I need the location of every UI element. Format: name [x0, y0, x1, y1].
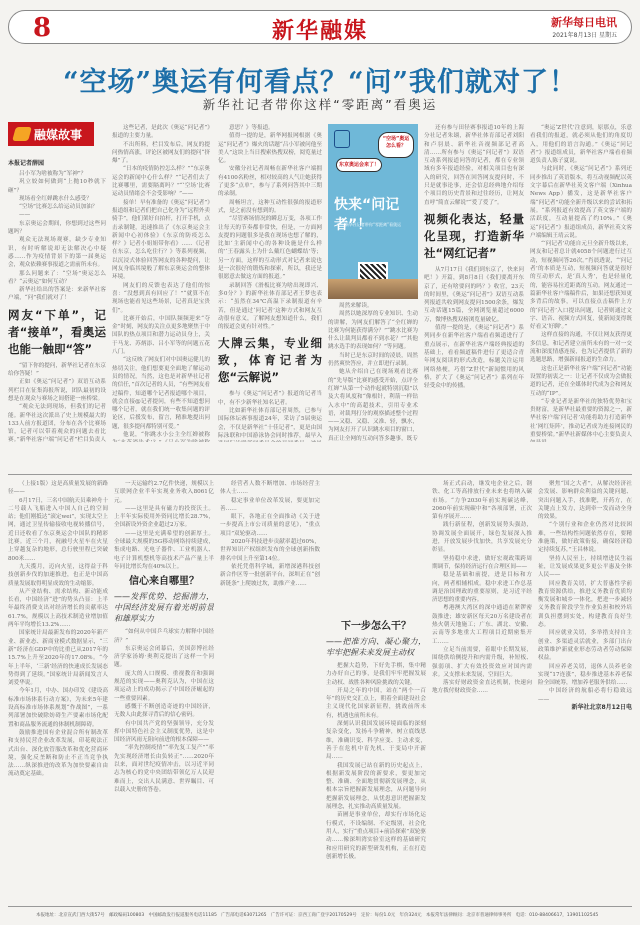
paragraph: 坚持人民至上，持续增进民生福祉，让发展成果更多更公平惠及全体人民—— [538, 555, 632, 580]
article-column-4: 周然来解读。 周然以她深厚的专业知识、生动的讲解，为网友们解答了“全红婵的比赛为… [328, 302, 418, 442]
paragraph: 苗圃是事业单位，却实行市场化运行模式，不设编制、不定级别，社会化用人，实行“重点… [326, 811, 426, 861]
main-headline: “空场”奥运有何看点？“问”我们就对了！ [0, 60, 640, 99]
paragraph: “个别行业和企业仍然对比较困难，一些结构性问题依然存在，要精准施策，做好政策衔接… [538, 521, 632, 554]
paragraph: “如何从中国乒乓球实力解释中国经济？” [114, 628, 214, 645]
paragraph: “空场”比赛怎么给运动员加油？ [8, 203, 106, 211]
paragraph: 比赛开始后，中国队频频迎来“夺金”时刻，网友的关注点更多地聚焦于中国队的热点项目… [112, 315, 210, 356]
paragraph: 值得一提的是，新华网报网根据《奥运“问记者”》爆火的话题“吕小军被问他至美人”这… [218, 132, 322, 165]
footer-info: 本报地址：北京宣武门西大街57号 邮政编码100803 中国邮政发行报道服务电话… [36, 912, 616, 918]
paragraph: 九天揽月，迈向火星，这得益于科技创新步伐的加速推进，也正是中国高质量发展取得明显… [8, 563, 108, 588]
newspaper-brand: 新华每日电讯 2021年8月13日 星期五 [551, 14, 617, 39]
paragraph: 观众无法现场观赛，缺少专业知识，有时听解说却无法解决心中疑惑……作为疫情背景下的… [8, 236, 106, 269]
paragraph: 鼓励推进国有企业混合所有制改革和支持民营企业改革发展，印花税法正式出台、深化放管… [8, 729, 108, 779]
paragraph: 网友们的反馈也表达了他们的惊喜：“没想到真有回应了！”“就算不在现场也能看见这些… [112, 282, 210, 315]
paragraph: 接单！早有准备的《奥运“问记者”》报道组和记者们把自己化身为“远程外卖骑手”，他… [112, 199, 210, 282]
paragraph: 6月17日，三名中国航天员乘神舟十二号载人飞船进入中国人自己的空间站；他们刚抵达… [8, 497, 108, 563]
paragraph: 巩立姣如何做到“上抛10秒就下砸”？ [8, 178, 106, 195]
paragraph: （上接1版）这是高质量发展的新路径—— [8, 480, 108, 497]
paragraph: 深刻认识我国发展环境面临的深刻复杂变化，发扬斗争精神，树立底线思维，准确识变、科… [326, 720, 426, 761]
paragraph: 回应教育关切，扩大普惠性学前教育资源供给，推进义务教育优质均衡发展和城乡一体化，… [538, 580, 632, 630]
article2-column-4: 下一步怎么干？ ——把准方向、凝心聚力，牢牢把握未来发展主动权 把握大趋势，下好… [326, 480, 426, 900]
story-banner: 融媒故事 [8, 122, 94, 146]
masthead: 8 新华融媒 新华每日电讯 2021年8月13日 星期五 [8, 10, 632, 44]
paragraph: 一天运输约2.7亿件快递，规模以上互联网企业半年实现业务收入8061亿元。 [114, 480, 214, 505]
paragraph: 开局之年的中国，站在“两个一百年”的历史交汇点上，朝着全面建设社会主义现代化国家… [326, 687, 426, 720]
paragraph: 现场看全红婵跳水什么感受？ [8, 195, 106, 203]
paragraph: 聚焦“国之大者”，从解决经济社会发展、影响群众利益的关键问题、突出问题入手，找准… [538, 480, 632, 521]
speech-bubble: “空场”奥运怎么看？ [378, 132, 414, 158]
banner-arrow-icon [12, 127, 32, 141]
footer-ad-phone: 广告部电话63071265 [221, 913, 266, 918]
paragraph: 坚持稳中求进，做好宏观政策跨周期调节，保持经济运行在合理区间—— [432, 555, 532, 572]
paragraph: ——这里是具有磁力的投资沃土。上半年实际使用外资同比增长28.7%，全国新设外资… [114, 505, 214, 530]
paragraph: 依托凭借科学城，新增深港科技创新合作区等一批创新平台，深圳正在“创新链条”上爬坡… [220, 563, 320, 588]
section-heading: 网友“下单”，记者“接单”，看奥运也能一触即“答” [8, 307, 106, 358]
speech-bubble: 东京奥运会来了！ [336, 158, 382, 172]
paragraph: “尽管赛场情况的瞬息万变，各项工作让每天的节奏都非常快，但是，一方面网友提的问题… [218, 215, 322, 281]
paragraph: 落实好财政资金直达机制，快速向地方拨付财政资金…… [432, 679, 532, 696]
paragraph: 稳是基础和前提，进是目标和方向，两者相辅相成。稳中求进工作总基调是治国理政的重要… [432, 571, 532, 604]
paragraph: 她从介绍自己在现场观看比赛的“先导版”比赛的感受开始，点评全红婵“从第一个动作起… [328, 368, 418, 442]
paragraph: 把握大趋势，下好先手棋，集中精力办好自己的事，是我们牢牢把握发展主动权、战胜各种… [326, 662, 426, 687]
article-column-2: 这些记者，是此次《奥运“问记者”》报道的主要力量。 不出所料，栏目发布后，网友的… [112, 124, 210, 442]
paragraph: “专业记者是新华社的独特优势和宝贵财富，是新华社最重要的资源之一，新华社客户端‘… [530, 398, 632, 442]
section-heading: 大牌云集，专业细致，体育记者为您“云解说” [218, 335, 322, 386]
paragraph: 有中国共产党的坚强领导，充分发挥中国特色社会主义制度优势，这是中国经济风雨无阻向… [114, 720, 214, 745]
article2-column-3: 经营者人数不断增加、市场经营主体人士…… 稳定事业单位改革发展，要更加完善…… … [220, 480, 320, 900]
article2-column-1: （上接1版）这是高质量发展的新路径—— 6月17日，三名中国航天员乘神舟十二号载… [8, 480, 108, 900]
article2-column-5: 场正式启动，继发电企业之后，钢铁、化工等高排放行业未来也将纳入碳市场。“力争20… [432, 480, 532, 900]
paragraph: 周然以她深厚的专业知识、生动的讲解，为网友们解答了“全红婵的比赛为何能获得满分？… [328, 310, 418, 351]
section-heading: 下一步怎么干？ [326, 620, 426, 634]
paragraph: “观众无法到现场，但我们的记者能。新华社这次派出了史上规模最大的133人前方报道… [8, 403, 106, 442]
paragraph: 稳定事业单位改革发展，要更加完善…… [220, 497, 320, 514]
article-signoff: 新华社北京8月12日电 [538, 704, 632, 712]
paragraph: 不出所料，栏目发布后，网友的提问热情高涨，评论区被网友们的提问“挤爆”了。 [112, 141, 210, 166]
paragraph: 回应就业关切，多举措支持自主创业、多渠道灵活就业，多部门出台政策维护新就业形态劳… [538, 629, 632, 662]
paragraph: 正如《奥运“问记者”》双语互动系列栏目在征集海报所说，团队最初的设想是在观众与赛… [8, 378, 106, 403]
promo-poster: “空场”奥运怎么看？ 东京奥运会来了！ 快来“问记者”！ 新华社记者带你“零距离… [328, 124, 418, 299]
paragraph: ——这里是充满希望的创新厚土。全球最大规模的5G移动网络持续建成，集成电路、光电… [114, 530, 214, 571]
paragraph: —— [8, 211, 106, 219]
section-divider [8, 474, 632, 475]
footer-legal: 本报常年法律顾问：北京市普通律师事务所 [426, 913, 512, 918]
section-heading: 视频化表达，轻量化呈现，打造新华社“网红记者” [424, 211, 524, 262]
section-title: 新华融媒 [9, 14, 631, 45]
paragraph: 吕小军为啥被称为“军神”？ [8, 170, 106, 178]
paragraph: 粤港澳大湾区的深中通道在紧锣密鼓推进；雄安新区每天20万名建设者在热火朝天地施工… [432, 604, 532, 645]
paragraph: 参与《奥运“问记者”》报道的记者当中，有不少新华社知名记者。 [218, 390, 322, 407]
paragraph: “这反映了网友们对中国奥运健儿的热切关注，他们想要更全面地了解运动员的情况，当然… [112, 356, 210, 431]
stadium-image [328, 279, 418, 299]
paragraph: 东京奥运会期间，你想到过这些问题吗？ [8, 220, 106, 237]
footer-postcode: 邮政编码100803 [109, 913, 144, 918]
footer-phone: 电话：010-88406617，13901102545 [516, 913, 599, 918]
paragraph: 那么问题来了：“空场”奥运怎么看？“云奥运”如何互动？ [8, 270, 106, 287]
paragraph: 庞大的人口规模、重视教育和强调规范的实现——奥利克认为，中国在这项运动上的成功揭… [114, 670, 214, 703]
paragraph: 与此同时，《奥运“问记者”》系列还同步推出了英语版本，将互动视频配以英文字幕后在… [530, 165, 632, 240]
article-column-1: 吕小军为啥被称为“军神”？ 巩立姣如何做到“上抛10秒就下砸”？ 现场看全红婵跳… [8, 170, 106, 442]
article2-column-2: 一天运输约2.7亿件快递，规模以上互联网企业半年实现业务收入8061亿元。 ——… [114, 480, 214, 900]
paragraph: 他说，“你跳水小公主全红婵被称为‘水花消失术’？”《吕小军为啥被称为“军神”？》… [112, 431, 210, 442]
section-heading: 信心来自哪里？ [114, 575, 214, 589]
paragraph: 周畅坦言，这种互动性很强的报道形式，是之前没有想到的。 [218, 199, 322, 216]
section-subheading: ——把准方向、凝心聚力，牢牢把握未来发展主动权 [326, 636, 426, 658]
paragraph: 这些记者，是此次《奥运“问记者”》报道的主要力量。 [112, 124, 210, 141]
poster-tagline: 新华社记者带你“零距离”看奥运 [338, 222, 408, 228]
paragraph: “留下你的提问，新华社记者在东京给你答疑！” [8, 362, 106, 379]
banner-label: 融媒故事 [34, 126, 82, 143]
paragraph: 从产业结构、需求结构、新动能成长看，中国经济“进”的势头凸显：上半年最终消费支出… [8, 588, 108, 629]
paragraph: 安徽分社记者周畅在新华社客户端拥有4100名粉丝，相对较高的人气让她获得了更多“… [218, 165, 322, 198]
paragraph: “率先控制疫情”“率先复工复产”“率先实现经济增长由负转正”……2020年以来，… [114, 744, 214, 794]
paragraph: 还有参与田径赛事报道10年的上海分社记者朱翃，新华社体育部记者刘阳和卢羽晨、新华… [424, 124, 524, 207]
paragraph: “奥运‘Z世代’注意到，原那点，乐意看我们的报道，就必须从他们的角度切入，用他们… [530, 124, 632, 165]
section-subheading: ——发挥优势、挖掘潜力，中国经济发展有着光明前景和雄厚实力 [114, 591, 214, 624]
issue-date: 2021年8月13日 星期五 [551, 30, 617, 39]
paragraph: 录制回答《滑板比赛为啥出现即兴、多0分？》的新华社体育部记者王梦也表示：“虽然在… [218, 282, 322, 332]
olympic-emblem-icon [334, 130, 350, 148]
poster-title: 快来“问记者”！ [334, 194, 418, 234]
footer-ad-license: 广告许可证：京西工商广登字20170529号 [271, 913, 357, 918]
footer-price: 定价：每份1.0元 [361, 913, 395, 918]
paragraph: “‘问记者’功能自元旦全新升级以来，网友和记者总计就4058个问题进行过互动，短… [530, 240, 632, 331]
paragraph: 眼下，各地正在全面推动《关于进一步提高上市公司质量的意见》，“重点项目”双轮驱动… [220, 513, 320, 538]
footer-address: 本报地址：北京宣武门西大街57号 [36, 913, 105, 918]
paragraph: 国家统计局最新发布的2020年新产业、新业态、新商业模式数据显示，“三新”经济在… [8, 629, 108, 687]
paragraph: 新华社给出的答案是：来新华社客户端，“问”我们就对了！ [8, 286, 106, 303]
paragraph: 比如新华社体育部记者周然，已参与国际体坛赛事报道24年，采访了5届奥运会，不仅是… [218, 407, 322, 442]
paragraph: 践行新征程，创新发展势头强劲，协调发展全面展开，绿色发展深入推进，开放发展步伐加… [432, 521, 532, 554]
paragraph: 场正式启动，继发电企业之后，钢铁、化工等高排放行业未来也将纳入碳市场。“力争20… [432, 480, 532, 521]
paragraph: 经营者人数不断增加、市场经营主体人士…… [220, 480, 320, 497]
article-column-5: 还有参与田径赛事报道10年的上海分社记者朱翃，新华社体育部记者刘阳和卢羽晨、新华… [424, 124, 524, 442]
brand-name: 新华每日电讯 [551, 14, 617, 30]
paragraph: 这也正是新华社客户端“问记者”功能设置的初衷之一：让记者不仅成为会做报道的记者，… [530, 365, 632, 398]
footer-divider [8, 906, 632, 907]
paragraph: 我国发展已站在新的历史起点上，根据新发展阶段的新要求，要更加完整、准确、全面地贯… [326, 762, 426, 812]
byline: 本报记者薛园 [8, 158, 44, 167]
article2-column-6: 聚焦“国之大者”，从解决经济社会发展、影响群众利益的关键问题、突出问题入手，找准… [538, 480, 632, 900]
article-column-3: 意思？》等报道。 值得一提的是，新华网报网根据《奥运“问记者”》爆火的话题“吕小… [218, 124, 322, 442]
paragraph: 这样直接的沟通，不仅让网友获得更多信息，和记者建立前所未有的一对一交流和深度情感… [530, 331, 632, 364]
paragraph: 今年1月，中办、国办印发《建设高标准市场体系行动方案》，为未来5年建设高标准市场… [8, 687, 108, 728]
paragraph: 当时已是东京时间的凌晨，周然仍然爽快答应，并立即进行录制。 [328, 352, 418, 369]
paragraph: 从7月17日《我们到东京了，快来问吧！》开篇，到8月8日《我们要离开东京了，还有… [424, 266, 524, 324]
paragraph: 东京奥运会闭幕后，美国彭博社经济学家汤姆·奥利克提出了这样一个问题。 [114, 645, 214, 670]
footer-subscription: 中国邮政发行报道服务电话11185 [149, 913, 217, 918]
paragraph: 感慨于不断创造奇迹的中国经济，无数人由此探寻背后的信心密码。 [114, 703, 214, 720]
paragraph: 值得一提的是，《奥运“问记者”》系列同步在新华社客户端看看频道进行了重点展示，在… [424, 324, 524, 390]
sub-headline: 新华社记者带你这样“零距离”看奥运 [0, 95, 640, 113]
paragraph: 中国经济的航船必将行稳致远—— [538, 687, 632, 704]
paragraph: 2020年科技进步贡献率超过60%，世界知识产权组织发布的全球创新指数排名中国上… [220, 538, 320, 563]
paragraph: 立足当前需要，着眼中长期发展，围绕供给侧提升和内需升级，补短板、强弱项、扩大有效… [432, 646, 532, 679]
footer-annual-price: 年价324元 [400, 913, 422, 918]
paragraph: 周然来解读。 [328, 302, 418, 310]
article-column-6: “奥运‘Z世代’注意到，原那点，乐意看我们的报道，就必须从他们的角度切入，用他们… [530, 124, 632, 442]
paragraph: 回应养老关切，退休人员养老金实现“17连涨”，稳步推进基本养老保险全国统筹，增加… [538, 663, 632, 688]
paragraph: 意思？》等报道。 [218, 124, 322, 132]
paragraph: “日本的疫情防控怎么样？”“东京奥运会的新闻中心什么样？”“记者们去了比赛哪里，… [112, 165, 210, 198]
